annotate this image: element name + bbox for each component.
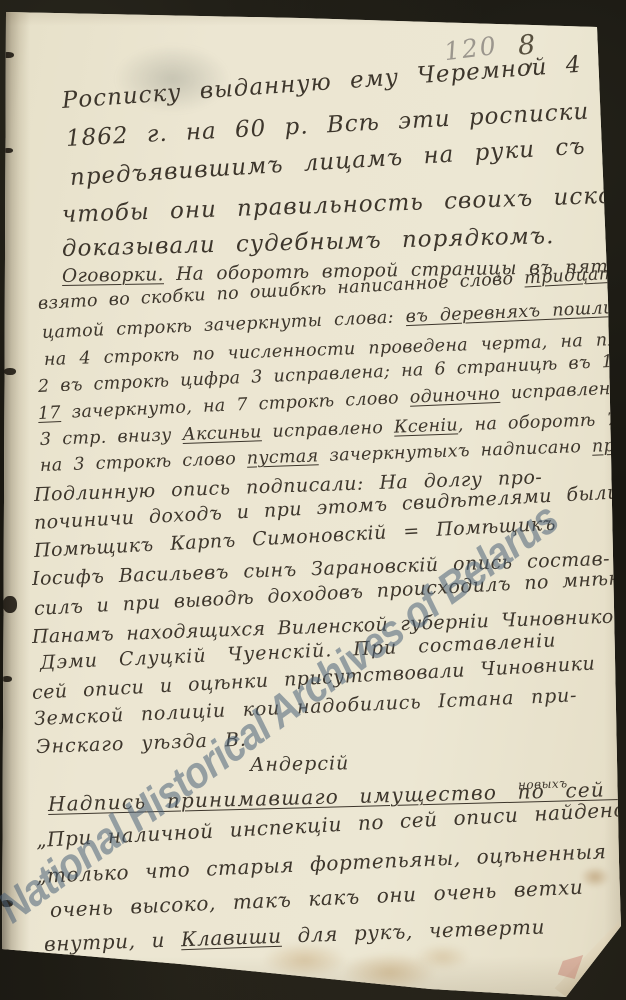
underlined-phrase: одиночно [409, 384, 500, 408]
phrase: исправлено, на [500, 377, 626, 404]
phrase: цатой строкѣ зачеркнуты слова: [42, 307, 407, 343]
folded-corner [550, 916, 626, 1000]
brown-stain [342, 952, 437, 992]
manuscript-page: 120 8 Росписку выданную ему Черемной 4 Д… [0, 0, 626, 1000]
underlined-phrase: тридцать [524, 263, 626, 288]
underlined-phrase: Оговорки. [62, 264, 164, 287]
brown-stain [580, 866, 610, 888]
phrase: внутри, и [44, 927, 182, 956]
manuscript-line: внутри, и Клавиши для рукъ, четверти [44, 915, 546, 956]
binding-stitch [1, 900, 13, 907]
phrase: зачеркнутыхъ надписано [318, 437, 592, 467]
underlined-phrase: Клавиши [181, 924, 282, 951]
phrase: , на оборотѣ 7 стр. [458, 408, 626, 436]
manuscript-line: Энскаго уѣзда В. [36, 729, 248, 758]
brown-stain [415, 944, 470, 970]
phrase: Андерсій [250, 752, 350, 776]
binding-stitch [2, 52, 14, 58]
underlined-phrase: принадлеж. [592, 433, 626, 457]
phrase: для рукъ, четверти [281, 915, 545, 948]
binding-stitch [2, 676, 12, 682]
underlined-phrase: Ксеніи [394, 415, 459, 437]
phrase: исправлено [261, 418, 394, 443]
phrase: доказывали судебнымъ порядкомъ. [62, 223, 555, 262]
underlined-phrase: Аксиньи [182, 422, 262, 445]
phrase: 3 стр. внизу [40, 425, 183, 450]
underlined-phrase: 17 [38, 403, 62, 424]
archive-photo: 120 8 Росписку выданную ему Черемной 4 Д… [0, 0, 626, 1000]
underlined-phrase: пустая [247, 446, 319, 468]
binding-stitch [3, 148, 13, 153]
manuscript-line: чтобы они правильность своихъ исковъ [62, 182, 626, 228]
manuscript-line: Андерсій [250, 752, 350, 776]
underlined-phrase: въ деревняхъ пошлины прощали [405, 293, 626, 327]
book-binding-edge [0, 0, 30, 1000]
phrase: на 3 строкѣ слово [40, 449, 248, 476]
phrase: чтобы они правильность своихъ исковъ [62, 182, 626, 228]
phrase: Энскаго уѣзда В. [36, 729, 248, 758]
binding-stitch [4, 368, 16, 375]
binding-stitch [3, 596, 17, 613]
manuscript-line: доказывали судебнымъ порядкомъ. [62, 223, 555, 262]
